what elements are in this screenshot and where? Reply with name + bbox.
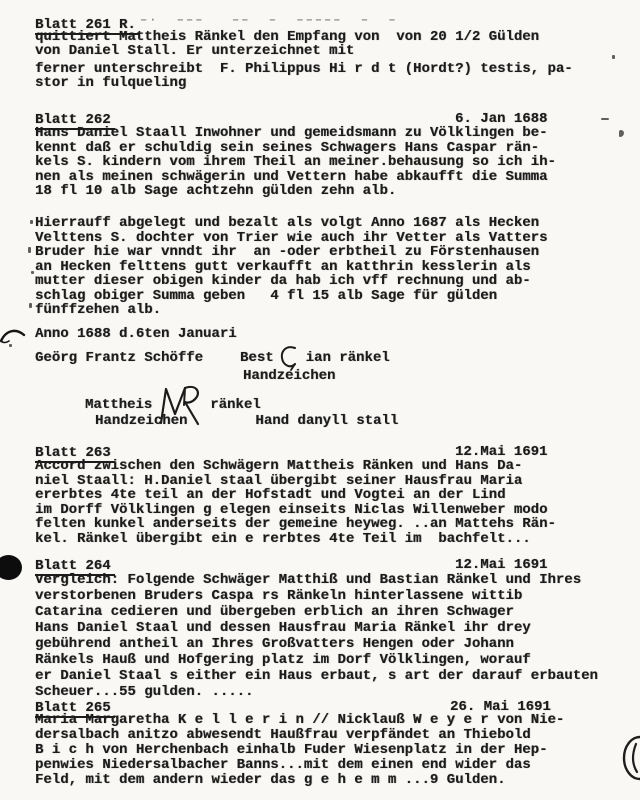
entry-264-text: Vergleich: Folgende Schwäger Matthiß und… <box>35 572 598 700</box>
entry-261-text: quittiert Mattheis Ränkel den Empfang vo… <box>35 30 539 58</box>
entry-263-text: Accord zwischen den Schwägern Mattheis R… <box>35 459 556 546</box>
ink-speck <box>28 247 31 253</box>
witness-name: Geörg Frantz Schöffe <box>35 351 203 366</box>
ink-speck <box>30 220 33 224</box>
text-line: Hans Daniel Staal und dessen Hausfrau Ma… <box>35 620 598 636</box>
pen-squiggle-mark <box>0 326 26 346</box>
handzeichen-label-1: Handzeichen <box>243 369 335 384</box>
text-line: felten kunkel anderseits der gemeine hey… <box>35 517 556 532</box>
ink-speck <box>29 303 32 308</box>
ink-speck <box>31 271 34 274</box>
text-line: stor in fulqueling <box>35 76 573 90</box>
ink-speck <box>9 344 12 347</box>
mattheis-name: Mattheis <box>85 398 152 413</box>
text-line: Accord zwischen den Schwägern Mattheis R… <box>35 459 556 474</box>
text-line: Ränkels Hauß und Hofgering platz im Dorf… <box>35 652 598 668</box>
text-line: Maria Margaretha K e l l e r i n // Nick… <box>35 713 564 728</box>
text-line: von Daniel Stall. Er unterzeichnet mit <box>35 44 539 58</box>
entry-264-date: 12.Mai 1691 <box>455 557 547 573</box>
scan-artifact-dashes: –· ––– –– – ––––– – – <box>140 13 398 27</box>
entry-heading-262: Blatt 262 6. Jan 1688 <box>35 110 115 126</box>
ink-speck <box>619 130 624 137</box>
mattheis-surname: ränkel <box>210 398 260 413</box>
handzeichen-label-2: Handzeichen <box>95 414 187 429</box>
hand-danyll-label: Hand danyll stall <box>255 414 398 429</box>
text-line: Bruder hie war vnndt ihr an -oder erbthe… <box>35 245 547 260</box>
scanned-document-page: Blatt 261 R. –· ––– –– – ––––– – – quitt… <box>0 0 640 800</box>
ink-speck <box>601 118 609 120</box>
text-line: 18 fl 10 alb Sage achtzehn gülden zehn a… <box>35 184 556 199</box>
text-line: Catarina cedieren und übergeben erblich … <box>35 604 598 620</box>
text-line: kels S. kindern vom ihrem Theil an meine… <box>35 155 556 170</box>
text-line: dersalbach anitzo abwesendt Haußfrau ver… <box>35 728 564 743</box>
anno-line: Anno 1688 d.6ten Januari <box>35 327 237 342</box>
text-line: kennt daß er schuldig sein seines Schwag… <box>35 141 556 156</box>
text-line: fünffzehen alb. <box>35 303 547 318</box>
text-line: Scheuer...55 gulden. ..... <box>35 684 598 700</box>
text-line: Hans Daniel Staall Inwohner und gemeidsm… <box>35 126 556 141</box>
text-line: Velttens S. dochter von Trier wie auch i… <box>35 231 547 246</box>
text-line: an Hecken felttens gutt verkaufft an kat… <box>35 260 547 275</box>
text-line: mutter dieser obigen kinder da hab ich v… <box>35 274 547 289</box>
text-line: gebührend antheil an Ihres Großvatters H… <box>35 636 598 652</box>
entry-heading-263: Blatt 263 12.Mai 1691 <box>35 443 115 459</box>
witness-signature-row: Geörg Frantz Schöffe Best ian ränkel <box>35 345 390 371</box>
bestian-prefix: Best <box>240 351 274 366</box>
text-line: quittiert Mattheis Ränkel den Empfang vo… <box>35 30 539 44</box>
text-line: Vergleich: Folgende Schwäger Matthiß und… <box>35 572 598 588</box>
text-line: verstorbenen Bruders Caspa rs Ränkeln hi… <box>35 588 598 604</box>
bestian-suffix: ian ränkel <box>306 351 390 366</box>
entry-262-text-2: Hierrauff abgelegt und bezalt als volgt … <box>35 216 547 318</box>
text-line: ferner unterschreibt F. Philippus Hi r d… <box>35 62 573 76</box>
circled-page-stamp <box>616 734 640 782</box>
entry-265-text: Maria Margaretha K e l l e r i n // Nick… <box>35 713 564 788</box>
text-line: Hierrauff abgelegt und bezalt als volgt … <box>35 216 547 231</box>
entry-262-text: Hans Daniel Staall Inwohner und gemeidsm… <box>35 126 556 199</box>
text-line: B i c h von Herchenbach einhalb Fuder Wi… <box>35 743 564 758</box>
hole-punch-dot <box>0 555 22 580</box>
text-line: niel Staall: H.Daniel staal übergibt sei… <box>35 474 556 489</box>
text-line: Feld, mit dem andern wieder das g e h e … <box>35 773 564 788</box>
text-line: nen als meinen schwägerin und Vettern ha… <box>35 170 556 185</box>
text-line: im Dorff Völklingen g elegen einseits Ni… <box>35 503 556 518</box>
text-line: kel. Ränkel übergibt ein e rerbtes 4te T… <box>35 532 556 547</box>
entry-261-text-2: ferner unterschreibt F. Philippus Hi r d… <box>35 62 573 90</box>
text-line: schlag obiger Summa geben 4 fl 15 alb Sa… <box>35 289 547 304</box>
text-line: penwies Niedersalbacher Banns...mit dem … <box>35 758 564 773</box>
text-line: er Daniel Staal s either ein Haus erbaut… <box>35 668 598 684</box>
ink-speck <box>612 55 615 59</box>
text-line: ererbtes 4te teil an der Hofstadt und Vo… <box>35 488 556 503</box>
handzeichen-row-2: Handzeichen Hand danyll stall <box>35 414 398 429</box>
entry-heading-264: Blatt 264 12.Mai 1691 <box>35 556 115 572</box>
